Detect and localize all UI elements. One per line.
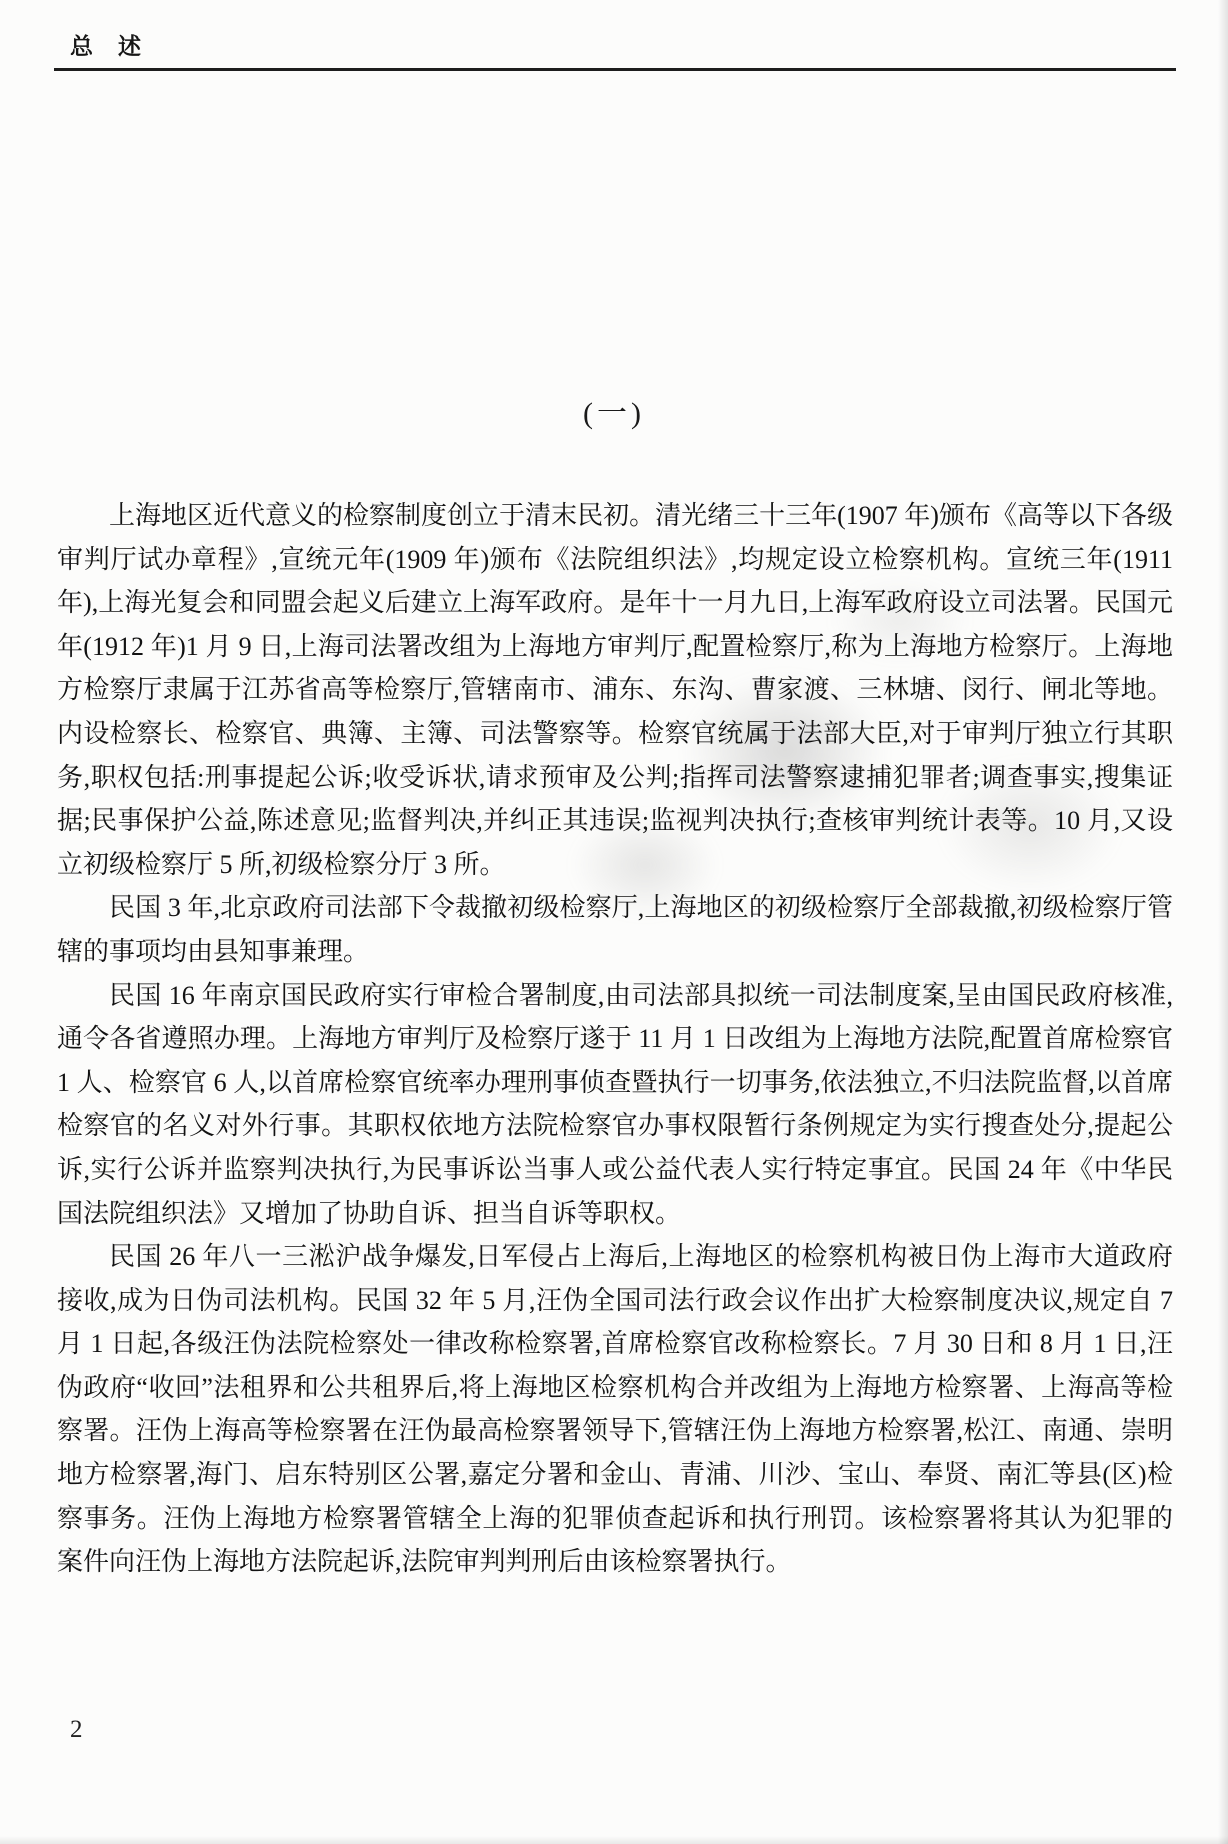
article-body: 上海地区近代意义的检察制度创立于清末民初。清光绪三十三年(1907 年)颁布《高…	[57, 494, 1173, 1584]
body-paragraph: 民国 16 年南京国民政府实行审检合署制度,由司法部具拟统一司法制度案,呈由国民…	[57, 974, 1173, 1236]
page-number: 2	[70, 1716, 83, 1744]
body-paragraph: 民国 3 年,北京政府司法部下令裁撤初级检察厅,上海地区的初级检察厅全部裁撤,初…	[57, 886, 1173, 973]
scan-edge	[1218, 0, 1228, 1844]
body-paragraph: 上海地区近代意义的检察制度创立于清末民初。清光绪三十三年(1907 年)颁布《高…	[57, 494, 1173, 886]
book-page: 总 述 (一) 上海地区近代意义的检察制度创立于清末民初。清光绪三十三年(190…	[0, 0, 1228, 1844]
running-head: 总 述	[70, 28, 142, 61]
body-paragraph: 民国 26 年八一三淞沪战争爆发,日军侵占上海后,上海地区的检察机构被日伪上海市…	[57, 1235, 1173, 1584]
scan-edge	[0, 1836, 1228, 1844]
header-rule	[54, 68, 1176, 71]
section-marker: (一)	[0, 388, 1228, 432]
